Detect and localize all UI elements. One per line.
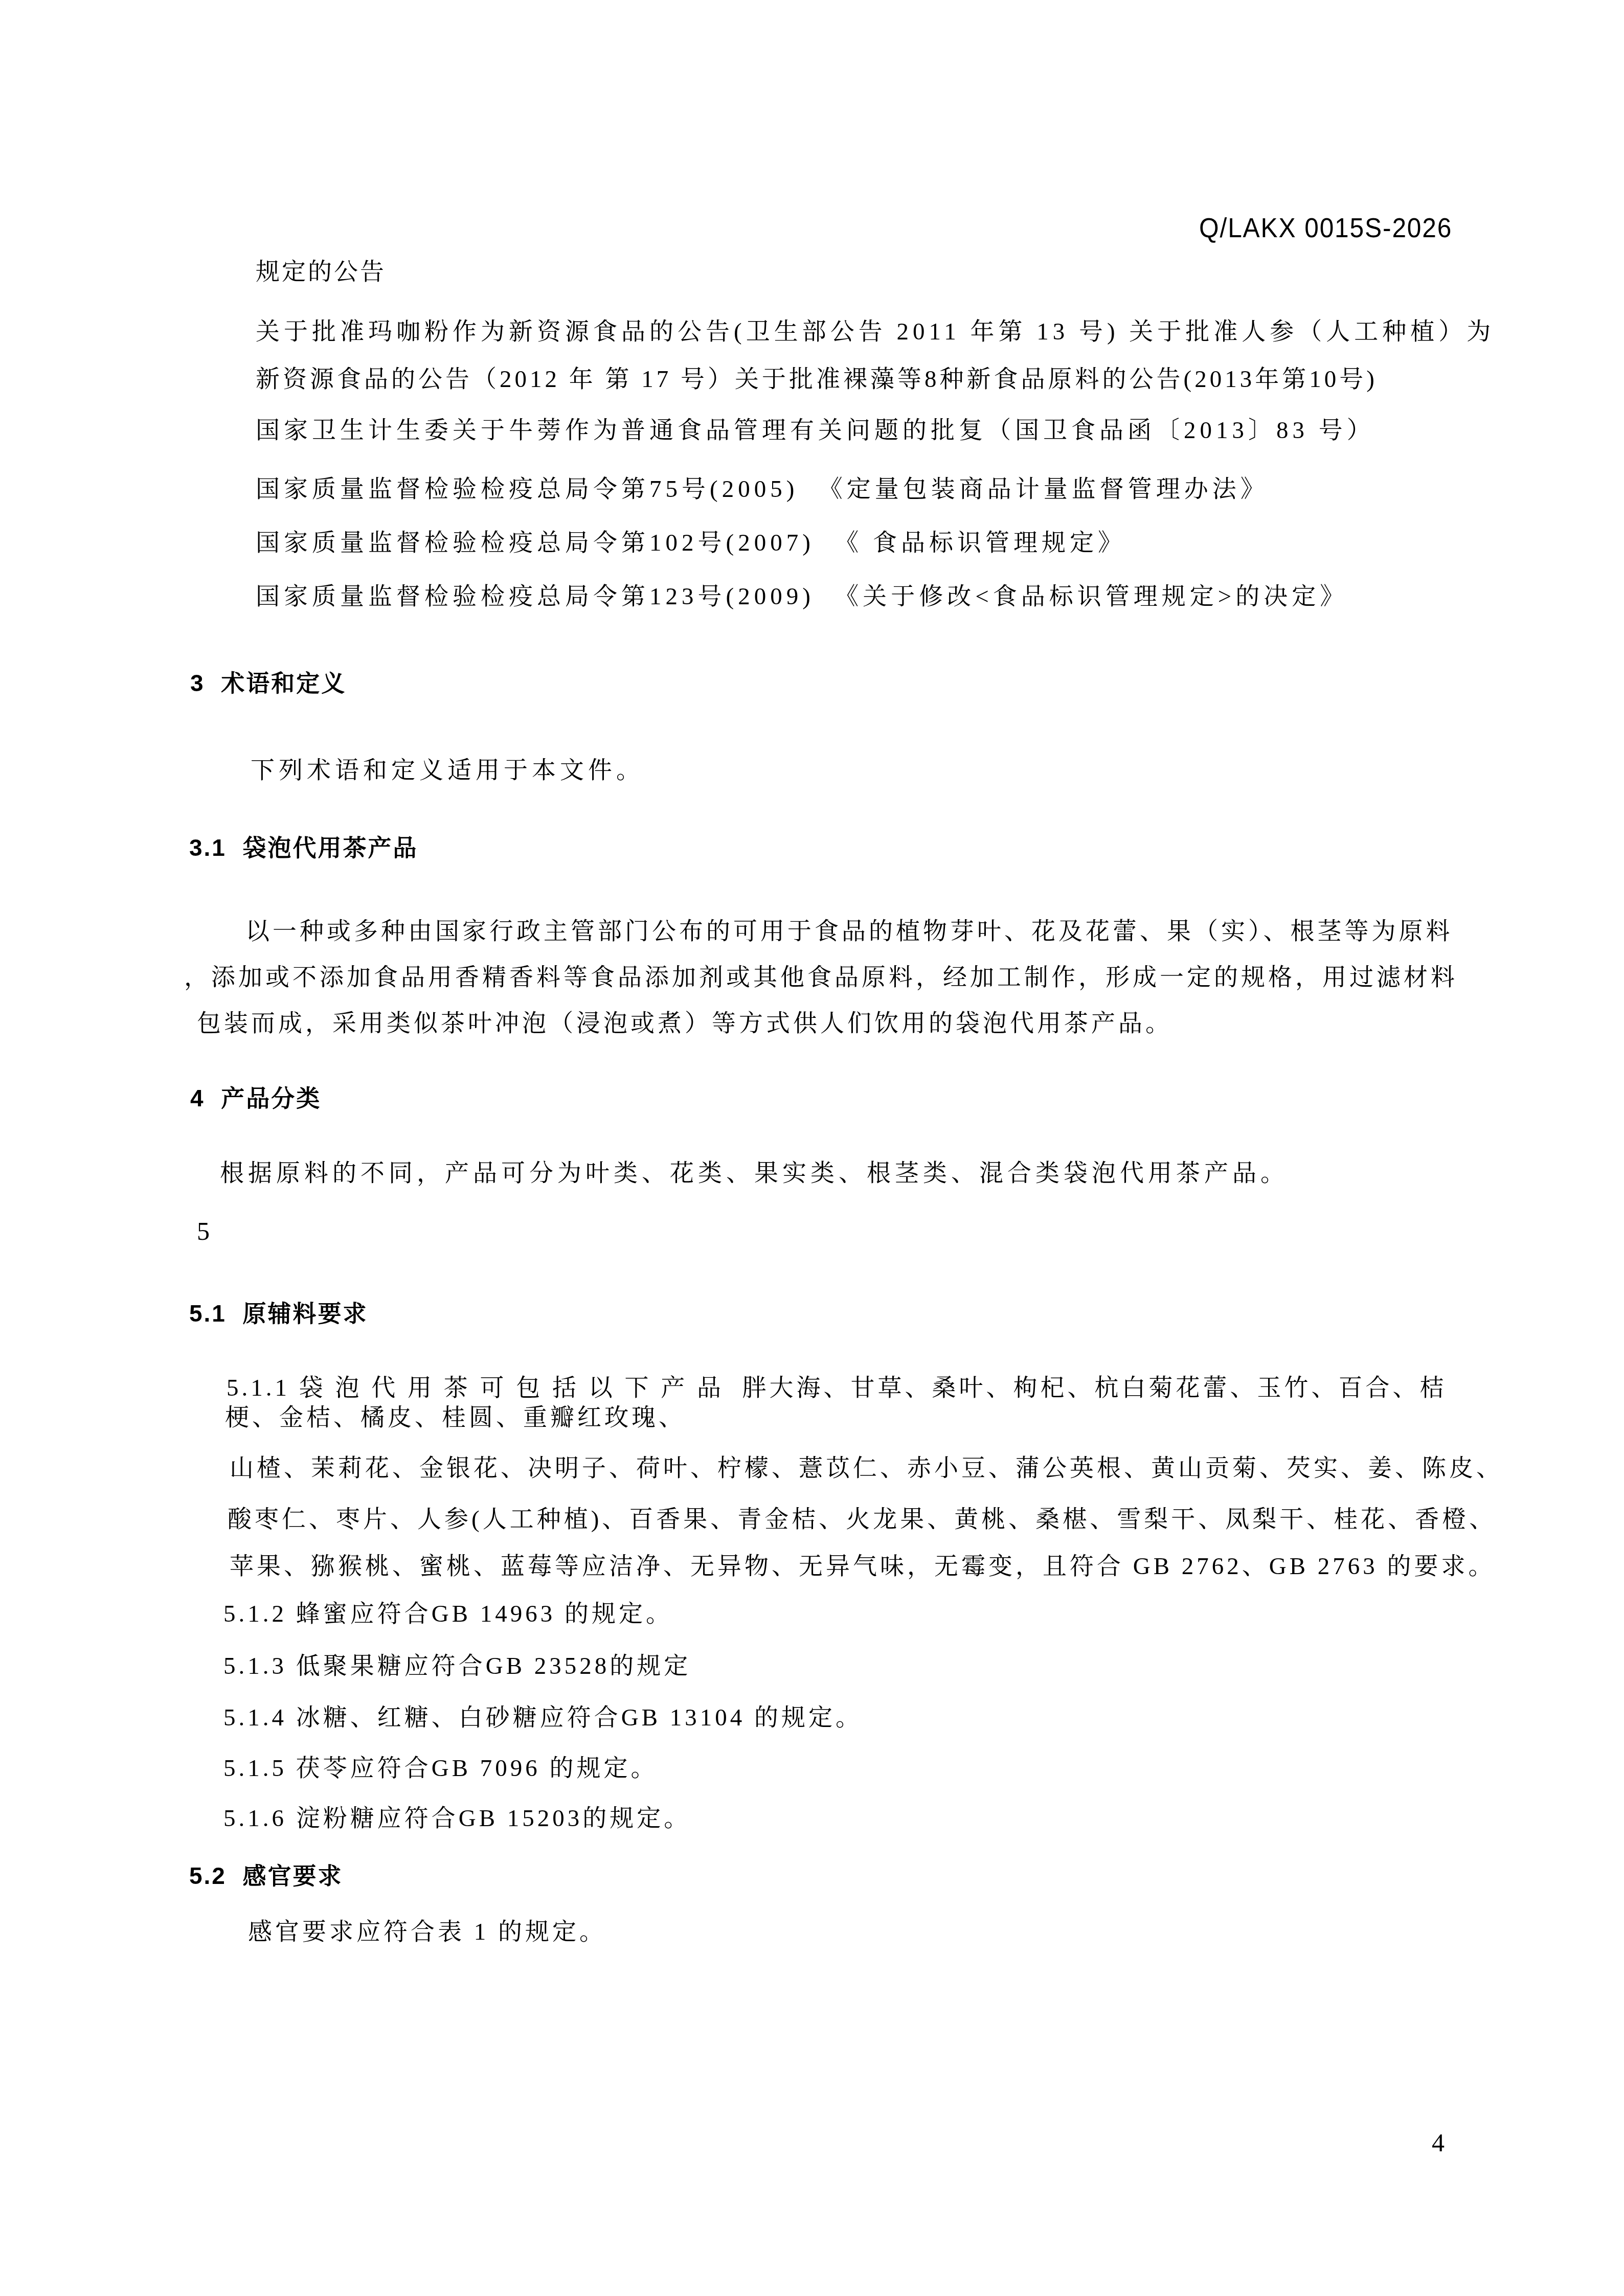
- reference-line: 国家质量监督检验检疫总局令第102号(2007) 《 食品标识管理规定》: [256, 529, 1126, 557]
- clause-5-1-1-line: 山楂、茉莉花、金银花、决明子、荷叶、柠檬、薏苡仁、赤小豆、蒲公英根、黄山贡菊、芡…: [230, 1454, 1503, 1482]
- section-5-2-heading: 5.2 感官要求: [189, 1862, 343, 1890]
- definition-line: 包装而成，采用类似茶叶冲泡（浸泡或煮）等方式供人们饮用的袋泡代用茶产品。: [197, 1010, 1172, 1037]
- section-3-heading: 3 术语和定义: [190, 670, 346, 697]
- clause-5-1-2: 5.1.2 蜂蜜应符合GB 14963 的规定。: [223, 1600, 673, 1628]
- section-3-1-heading: 3.1 袋泡代用茶产品: [189, 834, 418, 861]
- section-5-number: 5: [197, 1217, 210, 1246]
- reference-line: 国家质量监督检验检疫总局令第75号(2005) 《定量包装商品计量监督管理办法》: [256, 475, 1269, 503]
- document-page: Q/LAKX 0015S-2026 规定的公告 关于批准玛咖粉作为新资源食品的公…: [0, 0, 1624, 2296]
- reference-line: 国家质量监督检验检疫总局令第123号(2009) 《关于修改<食品标识管理规定>…: [256, 583, 1348, 610]
- reference-line: 国家卫生计生委关于牛蒡作为普通食品管理有关问题的批复（国卫食品函〔2013〕83…: [256, 417, 1375, 444]
- section-5-2-body: 感官要求应符合表 1 的规定。: [248, 1918, 606, 1946]
- clause-5-1-1-line: 梗、金桔、橘皮、桂圆、重瓣红玫瑰、: [225, 1404, 686, 1431]
- page-number: 4: [1432, 2128, 1445, 2158]
- clause-5-1-1-line: 酸枣仁、枣片、人参(人工种植)、百香果、青金桔、火龙果、黄桃、桑椹、雪梨干、凤梨…: [228, 1506, 1496, 1533]
- section-4-heading: 4 产品分类: [190, 1085, 321, 1112]
- clause-5-1-3: 5.1.3 低聚果糖应符合GB 23528的规定: [223, 1652, 691, 1680]
- clause-5-1-1-line: 5.1.1 袋 泡 代 用 茶 可 包 括 以 下 产 品 胖大海、甘草、桑叶、…: [227, 1374, 1447, 1402]
- reference-line: 关于批准玛咖粉作为新资源食品的公告(卫生部公告 2011 年第 13 号) 关于…: [256, 318, 1495, 346]
- definition-line: 以一种或多种由国家行政主管部门公布的可用于食品的植物芽叶、花及花蕾、果（实）、根…: [245, 918, 1453, 945]
- clause-5-1-4: 5.1.4 冰糖、红糖、白砂糖应符合GB 13104 的规定。: [223, 1704, 863, 1732]
- section-3-intro: 下列术语和定义适用于本文件。: [251, 757, 644, 784]
- reference-continued-line: 规定的公告: [256, 258, 386, 286]
- definition-line: ，添加或不添加食品用香精香料等食品添加剂或其他食品原料，经加工制作，形成一定的规…: [184, 964, 1458, 991]
- section-4-body: 根据原料的不同，产品可分为叶类、花类、果实类、根茎类、混合类袋泡代用茶产品。: [220, 1160, 1289, 1187]
- clause-5-1-6: 5.1.6 淀粉糖应符合GB 15203的规定。: [223, 1805, 691, 1832]
- reference-line: 新资源食品的公告（2012 年 第 17 号）关于批准裸藻等8种新食品原料的公告…: [256, 366, 1378, 393]
- clause-5-1-1-line: 苹果、猕猴桃、蜜桃、蓝莓等应洁净、无异物、无异气味，无霉变，且符合 GB 276…: [230, 1553, 1496, 1580]
- section-5-1-heading: 5.1 原辅料要求: [189, 1300, 368, 1327]
- clause-5-1-5: 5.1.5 茯苓应符合GB 7096 的规定。: [223, 1755, 658, 1782]
- doc-code: Q/LAKX 0015S-2026: [1199, 212, 1452, 244]
